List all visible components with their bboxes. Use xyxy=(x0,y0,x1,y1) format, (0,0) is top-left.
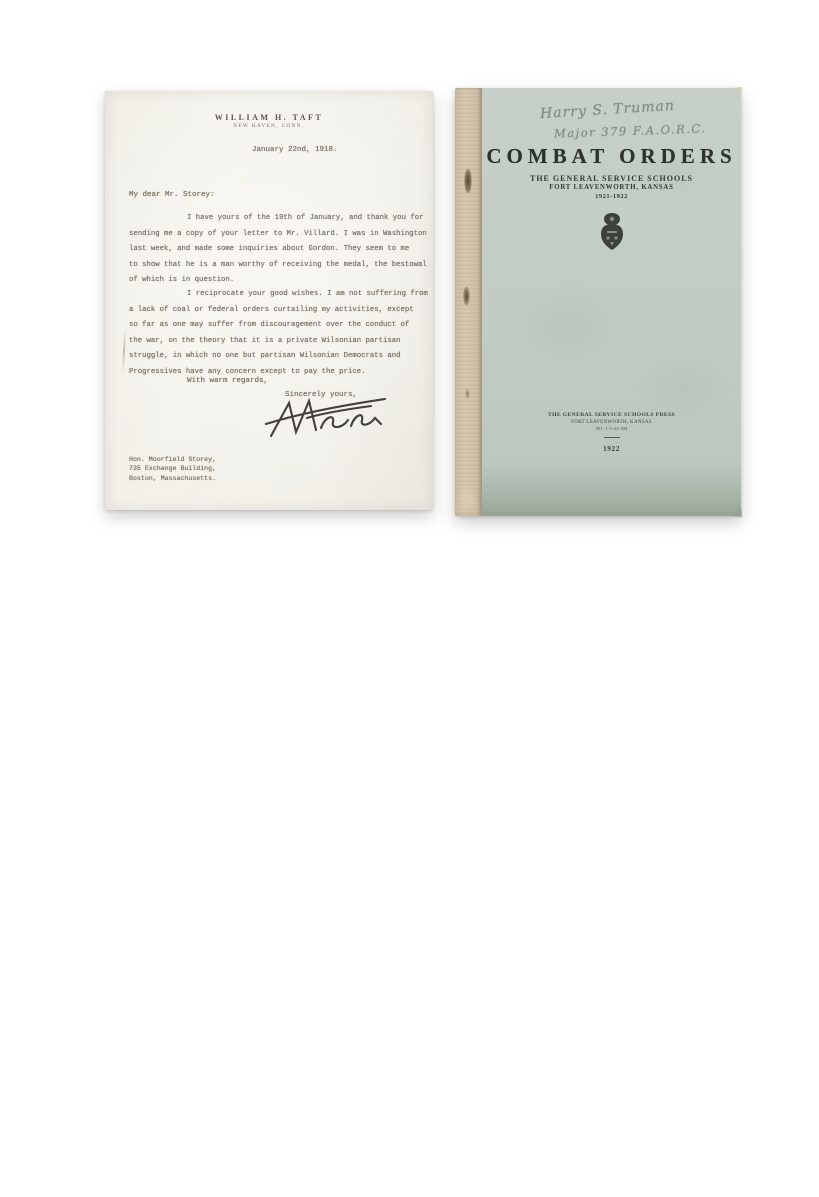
book-title: COMBAT ORDERS xyxy=(482,144,741,169)
letter-line: the war, on the theory that it is a priv… xyxy=(129,334,413,350)
book-subtitle-location: FORT LEAVENWORTH, KANSAS xyxy=(482,184,741,191)
book-front-cover: Harry S. Truman Major 379 F.A.O.R.C. COM… xyxy=(482,88,741,516)
letter-paragraph-1: I have yours of the 19th of January, and… xyxy=(129,211,413,289)
imprint-location: FORT LEAVENWORTH, KANSAS xyxy=(482,420,741,425)
book-cloth-spine xyxy=(455,88,482,516)
printer-imprint: THE GENERAL SERVICE SCHOOLS PRESS FORT L… xyxy=(482,412,741,453)
letter-line: sending me a copy of your letter to Mr. … xyxy=(129,227,413,243)
letter-line: Progressives have any concern except to … xyxy=(129,365,413,381)
truman-inscription-name: Harry S. Truman xyxy=(540,98,676,122)
imprint-number: NO. 1-5-22-3M xyxy=(482,426,741,431)
combat-orders-book-cover: Harry S. Truman Major 379 F.A.O.R.C. COM… xyxy=(455,88,741,516)
recipient-line: Boston, Massachusetts. xyxy=(129,475,216,484)
letter-closing: With warm regards, xyxy=(187,377,268,385)
recipient-line: 735 Exchange Building, xyxy=(129,465,216,474)
letter-date: January 22nd, 1918. xyxy=(252,146,338,154)
imprint-rule xyxy=(604,437,620,438)
letterhead-address: NEW HAVEN, CONN. xyxy=(105,124,433,129)
spine-wear xyxy=(457,486,477,512)
imprint-year: 1922 xyxy=(482,444,741,453)
book-session-years: 1921-1922 xyxy=(482,193,741,200)
letter-line: struggle, in which no one but partisan W… xyxy=(129,349,413,365)
letter-line: to show that he is a man worthy of recei… xyxy=(129,258,413,274)
spine-stain xyxy=(465,388,470,400)
letterhead-name: WILLIAM H. TAFT xyxy=(105,113,433,122)
taft-letter-document: WILLIAM H. TAFT NEW HAVEN, CONN. January… xyxy=(105,91,433,510)
letter-recipient-block: Hon. Moorfield Storey, 735 Exchange Buil… xyxy=(129,456,216,484)
spine-stain xyxy=(464,168,472,194)
letter-line: I reciprocate your good wishes. I am not… xyxy=(129,287,413,303)
taft-signature-ink xyxy=(263,394,393,442)
book-subtitle-school: THE GENERAL SERVICE SCHOOLS xyxy=(482,174,741,183)
letter-salutation: My dear Mr. Storey: xyxy=(129,191,215,199)
letter-line: a lack of coal or federal orders curtail… xyxy=(129,303,413,319)
general-service-schools-seal-icon xyxy=(482,212,741,252)
letter-paragraph-2: I reciprocate your good wishes. I am not… xyxy=(129,287,413,381)
letter-line: I have yours of the 19th of January, and… xyxy=(129,211,413,227)
photo-canvas: WILLIAM H. TAFT NEW HAVEN, CONN. January… xyxy=(0,0,819,1197)
letter-line: so far as one may suffer from discourage… xyxy=(129,318,413,334)
truman-inscription-rank: Major 379 F.A.O.R.C. xyxy=(554,121,707,140)
letter-line: last week, and made some inquiries about… xyxy=(129,242,413,258)
imprint-press: THE GENERAL SERVICE SCHOOLS PRESS xyxy=(482,412,741,418)
spine-stain xyxy=(463,286,470,306)
recipient-line: Hon. Moorfield Storey, xyxy=(129,456,216,465)
letterhead: WILLIAM H. TAFT NEW HAVEN, CONN. xyxy=(105,113,433,129)
